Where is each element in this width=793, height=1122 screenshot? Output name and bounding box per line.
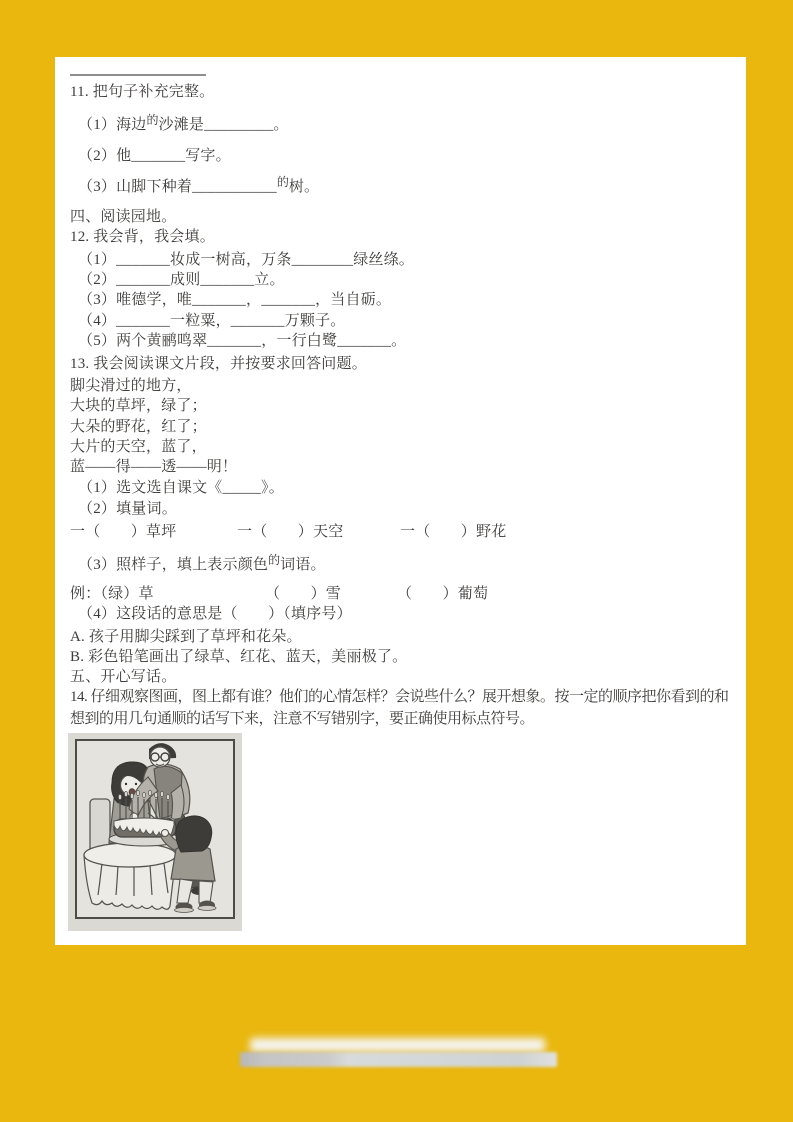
blank-answer-line: [70, 74, 206, 76]
table: [84, 843, 176, 909]
quantifier-sky: 一（ ）天空: [237, 523, 343, 541]
q13-sub-3-post: 词语。: [280, 557, 326, 573]
q11-item-3: （3）山脚下种着___________的树。: [78, 178, 319, 196]
candles: [118, 790, 169, 821]
section-4-title: 四、阅读园地。: [70, 208, 176, 226]
q14-prompt-line-2: 想到的用几句通顺的话写下来，注意不写错别字，要正确使用标点符号。: [70, 710, 534, 728]
q13-passage-line-5: 蓝——得——透——明！: [70, 458, 237, 476]
q13-sub-3-sup: 的: [268, 553, 280, 567]
q13-passage-line-2: 大块的草坪，绿了；: [70, 397, 207, 415]
q11-title: 11. 把句子补充完整。: [70, 83, 214, 101]
q13-option-b: B. 彩色铅笔画出了绿草、红花、蓝天，美丽极了。: [70, 648, 407, 666]
q13-passage-line-1: 脚尖滑过的地方，: [70, 377, 192, 395]
q12-title: 12. 我会背，我会填。: [70, 228, 215, 246]
q13-title: 13. 我会阅读课文片段，并按要求回答问题。: [70, 355, 367, 373]
q14-prompt-line-1: 14. 仔细观察图画，图上都有谁？他们的心情怎样？会说些什么？展开想象。按一定的…: [70, 688, 729, 706]
q13-passage-line-4: 大片的天空，蓝了，: [70, 438, 207, 456]
watermark-halo: [250, 1038, 545, 1052]
q11-item-3-post: 树。: [289, 179, 319, 195]
q13-sub-3: （3）照样子，填上表示颜色的词语。: [78, 556, 326, 574]
q12-item-3: （3）唯德学，唯_______，_______，当自砺。: [78, 291, 391, 309]
q11-item-1-post: 沙滩是_________。: [159, 117, 289, 133]
example-snow: （ ）雪: [265, 585, 341, 603]
q13-sub-4: （4）这段话的意思是（ ）（填序号）: [78, 605, 352, 623]
q13-sub-3-pre: （3）照样子，填上表示颜色: [78, 557, 268, 573]
section-5-title: 五、开心写话。: [70, 668, 176, 686]
q11-item-3-sup: 的: [277, 175, 289, 189]
watermark-bar: [240, 1052, 557, 1067]
q12-item-5: （5）两个黄鹂鸣翠_______，一行白鹭_______。: [78, 332, 406, 350]
q12-item-4: （4）_______一粒粟，_______万颗子。: [78, 312, 346, 330]
q12-item-1: （1）_______妆成一树高，万条________绿丝绦。: [78, 251, 414, 269]
q11-item-1-sup: 的: [147, 113, 159, 127]
q11-item-1-pre: （1）海边: [78, 117, 147, 133]
quantifier-grass: 一（ ）草坪: [70, 523, 176, 541]
q13-sub-2: （2）填量词。: [78, 500, 177, 518]
q13-passage-line-3: 大朵的野花，红了；: [70, 418, 207, 436]
q13-option-a: A. 孩子用脚尖踩到了草坪和花朵。: [70, 628, 302, 646]
quantifier-flower: 一（ ）野花: [400, 523, 506, 541]
example-grape: （ ）葡萄: [397, 585, 488, 603]
q11-item-3-pre: （3）山脚下种着___________: [78, 179, 277, 195]
q13-sub-1: （1）选文选自课文《_____》。: [78, 479, 284, 497]
example-green-grass: 例：（绿）草: [70, 585, 154, 603]
q11-item-2: （2）他_______写字。: [78, 147, 231, 165]
q12-item-2: （2）_______成则_______立。: [78, 271, 285, 289]
birthday-scene-illustration: [68, 733, 242, 931]
worksheet-page: { "page": { "background_color": "#e9b70e…: [0, 0, 793, 1122]
q11-item-1: （1）海边的沙滩是_________。: [78, 116, 289, 134]
